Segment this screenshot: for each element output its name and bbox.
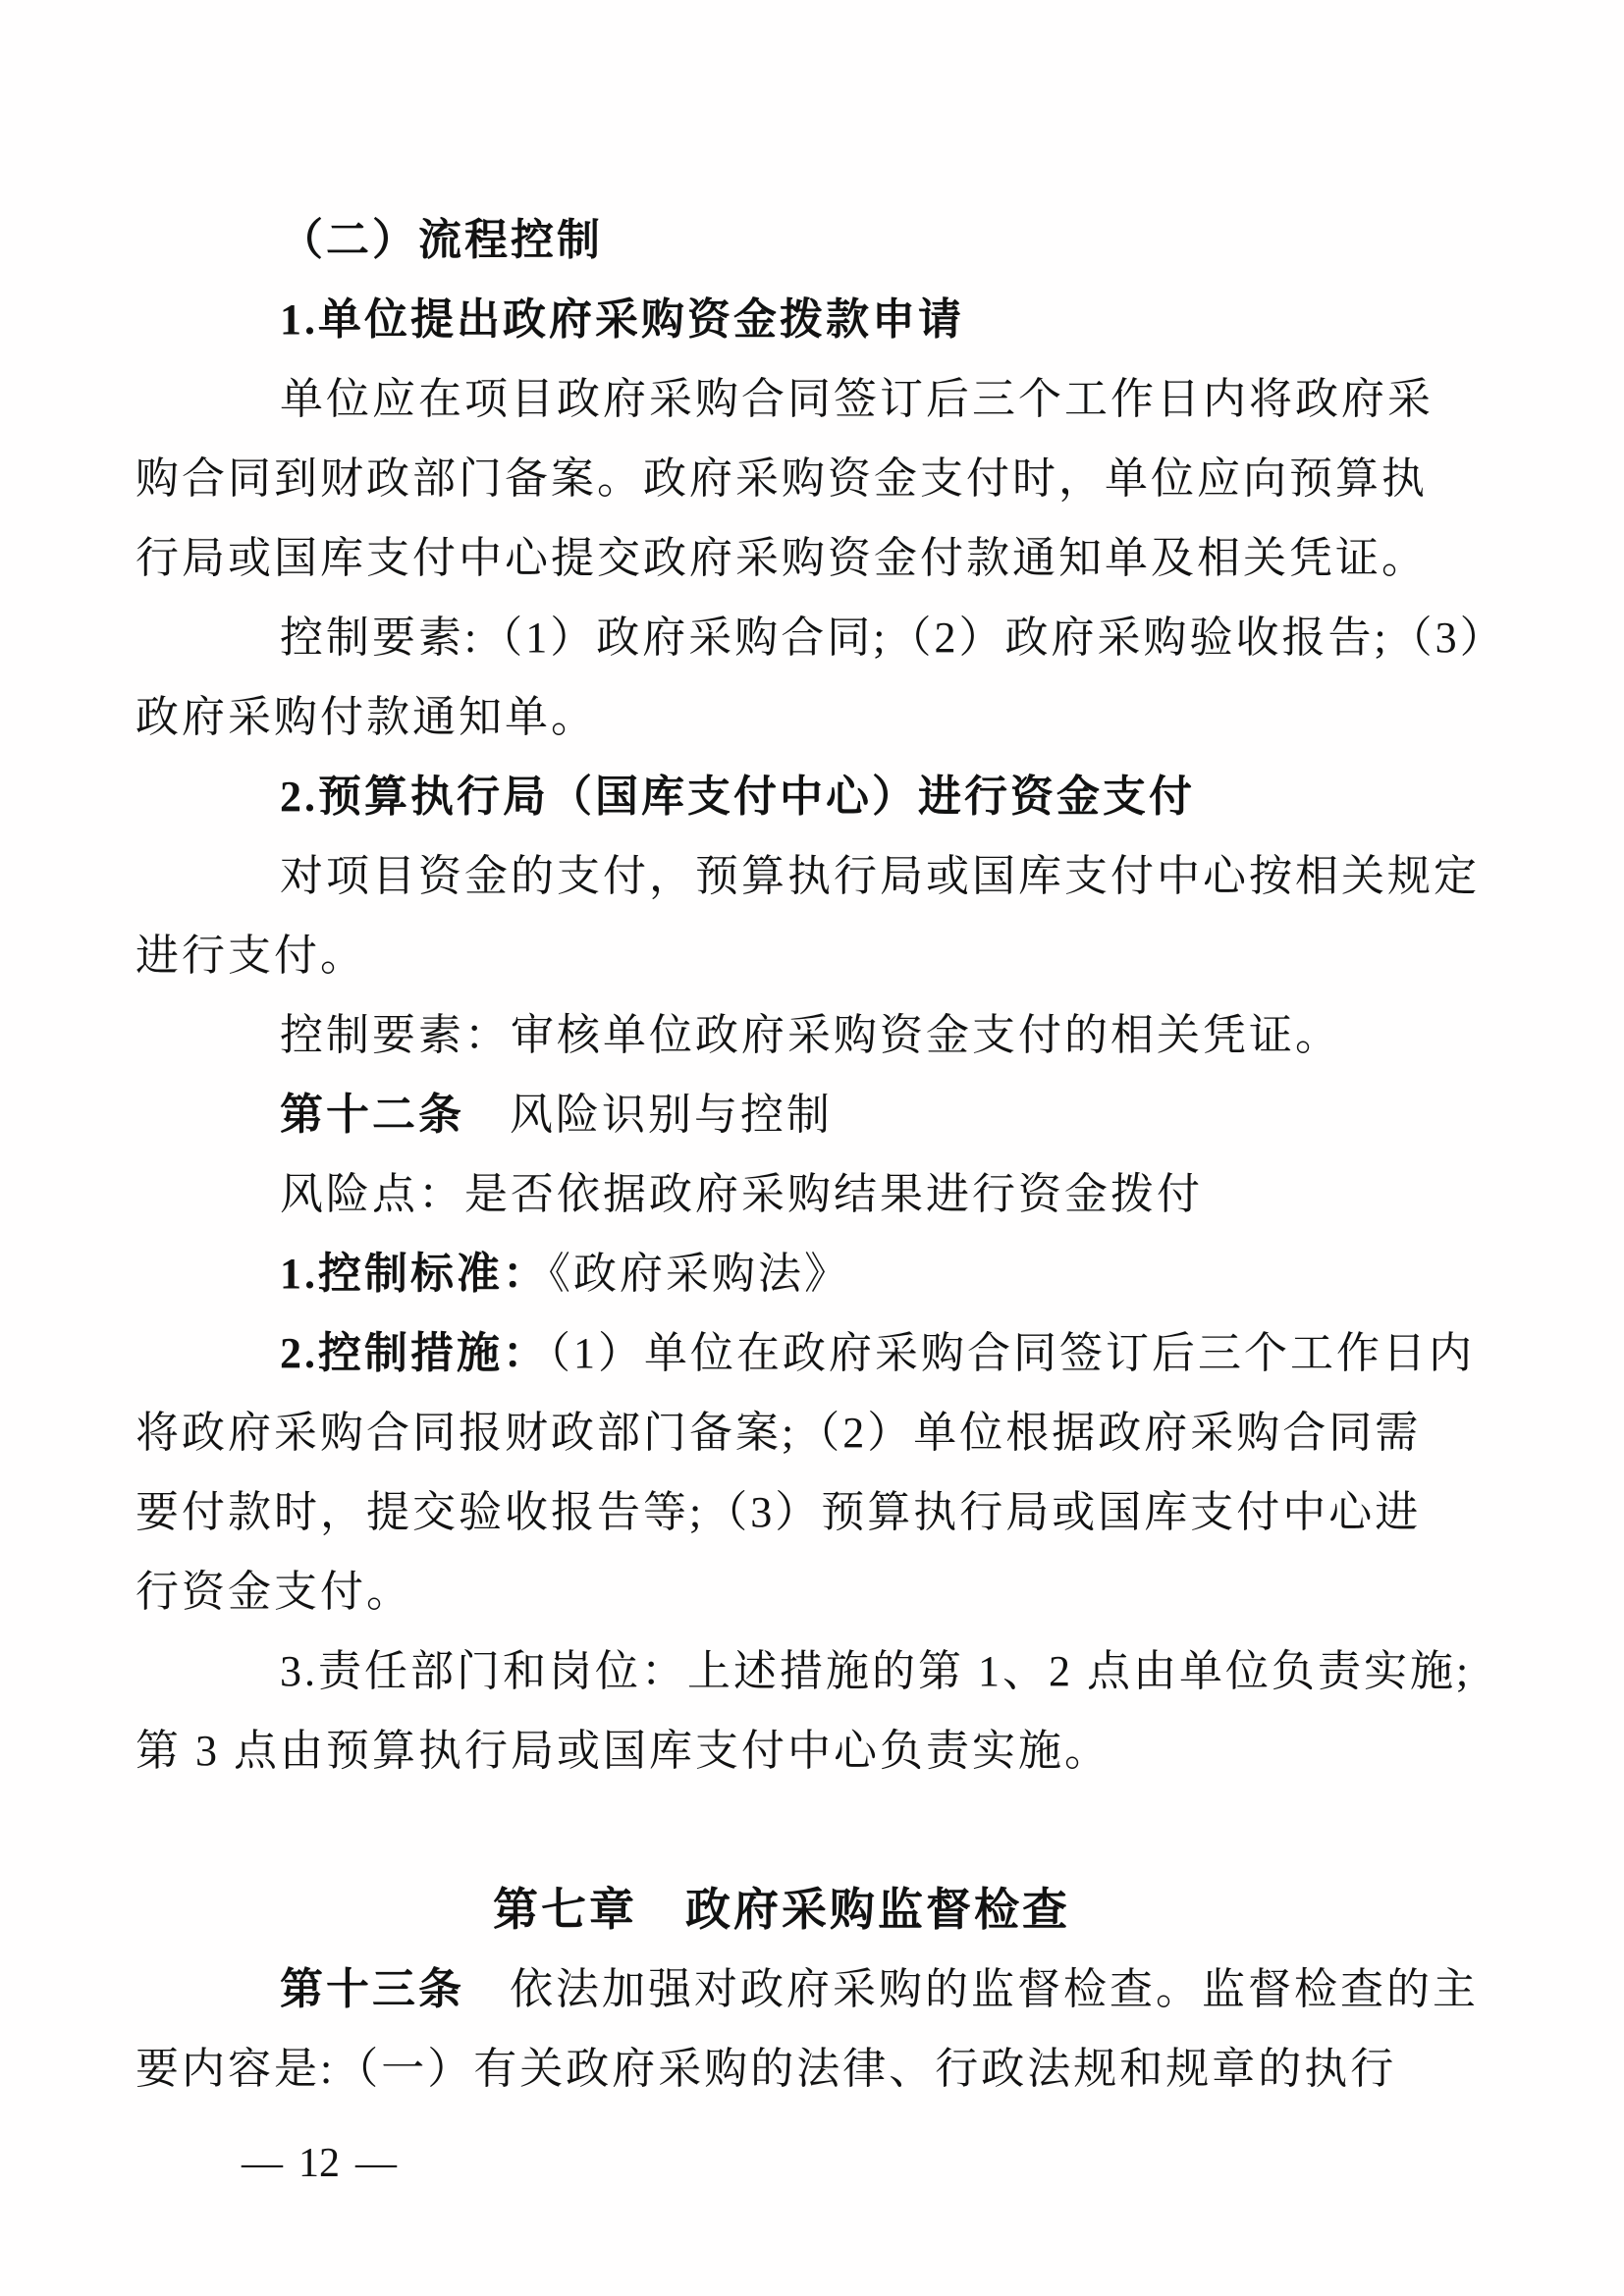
article-12-title: 风险识别与控制 — [510, 1091, 833, 1139]
control-standard-line: 1.控制标准：《政府采购法》 — [135, 1234, 1428, 1313]
body-line: 控制要素:（1）政府采购合同;（2）政府采购验收报告;（3） — [135, 598, 1428, 677]
control-measures-label: 2.控制措施： — [280, 1329, 549, 1377]
item2-heading: 2.预算执行局（国库支付中心）进行资金支付 — [135, 757, 1428, 836]
body-line: 将政府采购合同报财政部门备案;（2）单位根据政府采购合同需 — [135, 1393, 1428, 1472]
document-page: （二）流程控制 1.单位提出政府采购资金拨款申请 单位应在项目政府采购合同签订后… — [0, 0, 1624, 2296]
page-number-dash-right: — — [355, 2141, 397, 2186]
article-12-line: 第十二条风险识别与控制 — [135, 1075, 1428, 1154]
body-line: 要付款时，提交验收报告等;（3）预算执行局或国库支付中心进 — [135, 1472, 1428, 1552]
control-standard-text: 《政府采购法》 — [549, 1250, 850, 1298]
article-12-label: 第十二条 — [280, 1091, 464, 1139]
control-measures-line: 2.控制措施：（1）单位在政府采购合同签订后三个工作日内 — [135, 1313, 1428, 1393]
body-line: 行资金支付。 — [135, 1552, 1428, 1631]
article-13-text: 依法加强对政府采购的监督检查。监督检查的主 — [510, 1965, 1479, 2013]
body-line: 控制要素：审核单位政府采购资金支付的相关凭证。 — [135, 995, 1428, 1075]
body-line: 行局或国库支付中心提交政府采购资金付款通知单及相关凭证。 — [135, 518, 1428, 598]
subsection-heading-process-control: （二）流程控制 — [135, 200, 1428, 280]
body-line: 第 3 点由预算执行局或国库支付中心负责实施。 — [135, 1711, 1428, 1790]
page-number-dash-left: — — [242, 2141, 283, 2186]
document-body: （二）流程控制 1.单位提出政府采购资金拨款申请 单位应在项目政府采购合同签订后… — [0, 0, 1624, 2109]
article-13-label: 第十三条 — [280, 1965, 464, 2013]
control-measures-text: （1）单位在政府采购合同签订后三个工作日内 — [549, 1329, 1475, 1377]
body-line: 购合同到财政部门备案。政府采购资金支付时，单位应向预算执 — [135, 439, 1428, 518]
page-number-value: 12 — [298, 2141, 340, 2186]
body-line: 进行支付。 — [135, 916, 1428, 995]
body-line: 风险点：是否依据政府采购结果进行资金拨付 — [135, 1154, 1428, 1234]
chapter-7-heading: 第七章 政府采购监督检查 — [135, 1870, 1428, 1949]
article-13-line: 第十三条依法加强对政府采购的监督检查。监督检查的主 — [135, 1949, 1428, 2029]
page-number: —12— — [242, 2143, 397, 2184]
control-standard-label: 1.控制标准： — [280, 1250, 549, 1298]
body-line: 对项目资金的支付，预算执行局或国库支付中心按相关规定 — [135, 836, 1428, 916]
body-line: 政府采购付款通知单。 — [135, 677, 1428, 757]
body-line: 单位应在项目政府采购合同签订后三个工作日内将政府采 — [135, 359, 1428, 439]
body-line: 3.责任部门和岗位：上述措施的第 1、2 点由单位负责实施; — [135, 1631, 1428, 1711]
item1-heading: 1.单位提出政府采购资金拨款申请 — [135, 280, 1428, 359]
body-line: 要内容是:（一）有关政府采购的法律、行政法规和规章的执行 — [135, 2029, 1428, 2109]
